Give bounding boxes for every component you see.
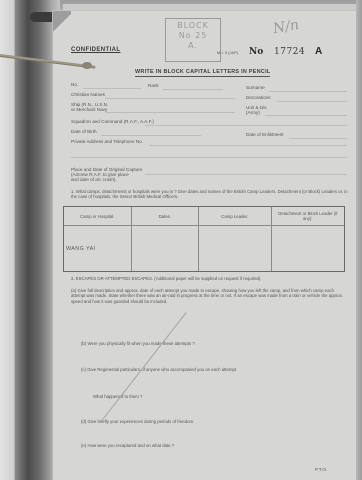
table-row bbox=[64, 235, 344, 244]
rank-label: Rank bbox=[148, 83, 159, 88]
question-d-text: Give briefly your experiences during per… bbox=[87, 419, 194, 424]
no-field[interactable] bbox=[83, 88, 141, 89]
col-camp-leader: Camp Leader. bbox=[198, 207, 271, 226]
string-knot bbox=[82, 62, 92, 69]
table-cell[interactable] bbox=[131, 244, 198, 253]
date-of-enlistment-field[interactable] bbox=[289, 138, 347, 139]
classification-label: CONFIDENTIAL bbox=[71, 47, 120, 53]
camp-table: Camp or Hospital. Dates. Camp Leader. De… bbox=[63, 206, 345, 272]
unit-label: Unit & Div. (Army) bbox=[246, 105, 267, 115]
section-2-title: ESCAPES OR ATTEMPTED ESCAPES. bbox=[76, 276, 153, 281]
surname-field[interactable] bbox=[269, 91, 347, 92]
stamp-line-2: No 25 bbox=[166, 31, 220, 41]
table-cell[interactable] bbox=[131, 253, 198, 262]
table-cell[interactable] bbox=[64, 262, 131, 271]
date-of-birth-field[interactable] bbox=[101, 135, 201, 136]
section-2-heading: 2. ESCAPES OR ATTEMPTED ESCAPES. (Additi… bbox=[71, 276, 351, 281]
ship-label-line-2: or Merchant Navy bbox=[71, 107, 108, 112]
section-2-note: (Additional paper will be supplied on re… bbox=[154, 276, 261, 281]
table-cell[interactable] bbox=[198, 244, 271, 253]
ship-label: Ship (R.N., U.S.N. or Merchant Navy bbox=[71, 102, 108, 112]
table-cell[interactable] bbox=[64, 226, 131, 236]
question-e-text: How were you recaptured and on what date… bbox=[87, 443, 174, 448]
table-cell[interactable] bbox=[271, 262, 344, 271]
unit-field[interactable] bbox=[265, 115, 347, 116]
serial-suffix: A bbox=[315, 46, 322, 57]
question-c-key: (c) bbox=[81, 367, 86, 372]
question-d: (d) Give briefly your experiences during… bbox=[81, 419, 194, 424]
table-cell[interactable] bbox=[131, 235, 198, 244]
question-a: (a) Give full description and approx. da… bbox=[71, 288, 349, 304]
section-1-question: 1. What camps, detachments or hospitals … bbox=[71, 189, 351, 200]
table-cell[interactable] bbox=[64, 235, 131, 244]
question-a-key: (a) bbox=[71, 288, 76, 293]
page-corner-fold bbox=[53, 11, 71, 35]
surname-label: Surname bbox=[246, 85, 265, 90]
decorations-label: Decorations bbox=[246, 95, 271, 100]
table-cell[interactable] bbox=[271, 244, 344, 253]
questionnaire-page: CONFIDENTIAL BLOCK No 25 A. N/n M.I. 9 (… bbox=[52, 10, 357, 480]
question-b: (b) Were you physically fit when you mad… bbox=[81, 341, 195, 346]
col-camp-or-hospital: Camp or Hospital. bbox=[64, 207, 131, 226]
table-cell[interactable] bbox=[271, 226, 344, 236]
private-address-label: Private Address and Telephone No. bbox=[71, 139, 143, 144]
serial-number: 17724 bbox=[274, 47, 305, 57]
question-a-text: Give full description and approx. date o… bbox=[71, 288, 343, 304]
table-cell[interactable] bbox=[131, 262, 198, 271]
christian-names-label: Christian Names bbox=[71, 92, 105, 97]
question-e: (e) How were you recaptured and on what … bbox=[81, 443, 174, 448]
table-cell[interactable] bbox=[64, 253, 131, 262]
date-of-birth-label: Date of Birth bbox=[71, 129, 97, 134]
table-row bbox=[64, 253, 344, 262]
table-cell[interactable] bbox=[131, 226, 198, 236]
question-d-key: (d) bbox=[81, 419, 86, 424]
table-cell[interactable] bbox=[271, 235, 344, 244]
table-cell[interactable] bbox=[198, 262, 271, 271]
question-c: (c) Give Regimental particulars of anyon… bbox=[81, 367, 237, 372]
instruction-heading: WRITE IN BLOCK CAPITAL LETTERS IN PENCIL bbox=[135, 69, 270, 77]
rank-field[interactable] bbox=[163, 89, 223, 90]
adjacent-page-edge bbox=[0, 0, 15, 480]
no-label: No. bbox=[71, 82, 78, 87]
form-reference: M.I. 9 (JAP) bbox=[217, 50, 238, 55]
table-cell[interactable] bbox=[198, 253, 271, 262]
capture-label-line-3: and date of a/c crash). bbox=[71, 177, 142, 182]
table-row bbox=[64, 226, 344, 236]
question-c-text: Give Regimental particulars of anyone wh… bbox=[87, 367, 237, 372]
private-address-field-line-2[interactable] bbox=[71, 157, 347, 158]
serial-label: No bbox=[249, 47, 263, 57]
section-2-number: 2. bbox=[71, 276, 75, 281]
question-b-text: Were you physically fit when you made th… bbox=[87, 341, 194, 346]
stamp-line-3: A. bbox=[166, 41, 220, 51]
pto-label: P.T.O. bbox=[315, 467, 327, 472]
table-cell[interactable] bbox=[198, 226, 271, 236]
handwritten-initials: N/n bbox=[272, 17, 300, 37]
decorations-field[interactable] bbox=[277, 101, 347, 102]
date-of-enlistment-label: Date of Enlistment bbox=[246, 132, 284, 137]
question-b-key: (b) bbox=[81, 341, 86, 346]
squadron-field[interactable] bbox=[145, 125, 347, 126]
table-row: WANG YAI bbox=[64, 244, 344, 253]
place-of-capture-field[interactable] bbox=[145, 174, 347, 175]
table-row bbox=[64, 262, 344, 271]
section-1-number: 1. bbox=[71, 189, 75, 194]
christian-names-field[interactable] bbox=[105, 98, 235, 99]
table-cell[interactable] bbox=[271, 253, 344, 262]
col-detachment-leader: Detachment or Block Leader (if any). bbox=[271, 207, 344, 226]
col-dates: Dates. bbox=[131, 207, 198, 226]
ship-field[interactable] bbox=[105, 112, 235, 113]
right-page-edge bbox=[356, 0, 362, 480]
squadron-label: Squadron and Command (R.A.F., A.A.F.) bbox=[71, 119, 154, 124]
block-stamp: BLOCK No 25 A. bbox=[165, 18, 221, 62]
section-1-text: What camps, detachments or hospitals wer… bbox=[71, 189, 348, 199]
private-address-field[interactable] bbox=[149, 145, 347, 146]
stamp-line-1: BLOCK bbox=[166, 21, 220, 31]
table-cell[interactable] bbox=[198, 235, 271, 244]
question-e-key: (e) bbox=[81, 443, 86, 448]
table-cell[interactable]: WANG YAI bbox=[64, 244, 131, 253]
place-of-capture-label: Place and Date of Original Capture (Airc… bbox=[71, 167, 142, 182]
